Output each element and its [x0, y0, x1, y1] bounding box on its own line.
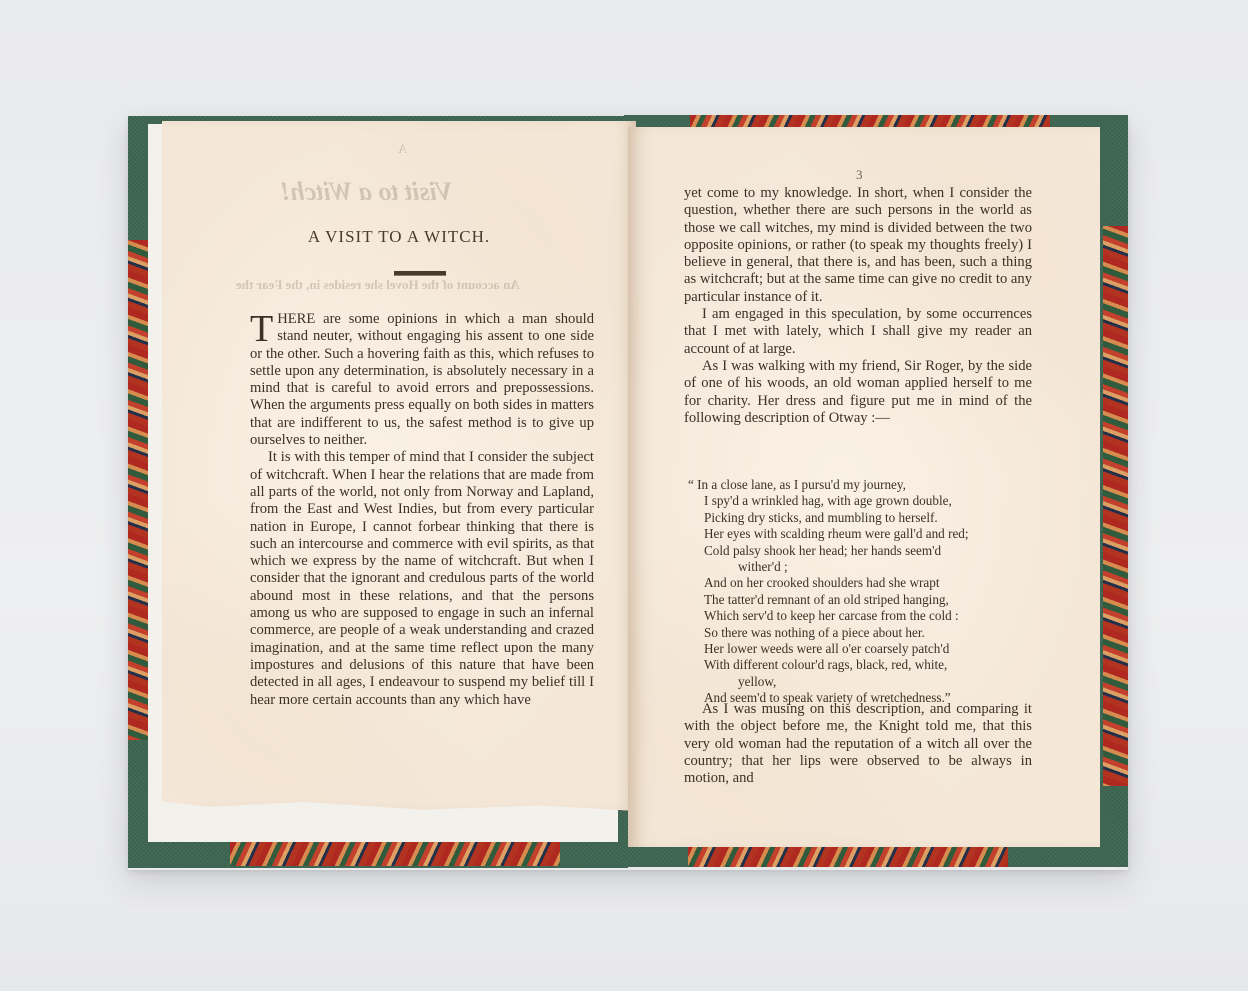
otway-verse: “ In a close lane, as I pursu'd my journ…	[688, 477, 1040, 707]
verse-line: Her lower weeds were all o'er coarsely p…	[688, 641, 1040, 657]
verse-line: yellow,	[688, 674, 1040, 690]
left-page-text: THERE are some opinions in which a man s…	[250, 311, 594, 709]
left-page: A Visit to a Witch! An account of the Ho…	[162, 121, 636, 811]
left-cover-marbled-bottom	[230, 842, 560, 866]
verse-line: The tatter'd remnant of an old striped h…	[688, 592, 1040, 608]
page-number: 3	[856, 167, 863, 183]
right-page: 3 yet come to my knowledge. In short, wh…	[628, 127, 1100, 847]
chapter-title: A VISIT TO A WITCH.	[162, 227, 636, 247]
left-cover-marbled-edge	[128, 240, 148, 740]
paragraph: As I was walking with my friend, Sir Rog…	[684, 358, 1032, 427]
verse-line: wither'd ;	[688, 559, 1040, 575]
title-rule	[394, 271, 446, 276]
paragraph: yet come to my knowledge. In short, when…	[684, 185, 1032, 306]
verse-line: And on her crooked shoulders had she wra…	[688, 575, 1040, 591]
paragraph: THERE are some opinions in which a man s…	[250, 311, 594, 449]
show-through-letter: A	[398, 141, 407, 157]
verse-line: Cold palsy shook her head; her hands see…	[688, 543, 1040, 559]
paragraph: I am engaged in this speculation, by som…	[684, 306, 1032, 358]
verse-line: “ In a close lane, as I pursu'd my journ…	[688, 477, 1040, 493]
verse-line: Picking dry sticks, and mumbling to hers…	[688, 510, 1040, 526]
show-through-title: Visit to a Witch!	[280, 177, 453, 207]
verse-line: I spy'd a wrinkled hag, with age grown d…	[688, 493, 1040, 509]
paragraph: It is with this temper of mind that I co…	[250, 449, 594, 708]
paragraph: As I was musing on this description, and…	[684, 701, 1032, 787]
show-through-subtitle: An account of the Hovel she resides in, …	[236, 277, 520, 293]
right-cover-marbled-top	[690, 115, 1050, 127]
verse-line: Her eyes with scalding rheum were gall'd…	[688, 526, 1040, 542]
verse-line: Which serv'd to keep her carcase from th…	[688, 608, 1040, 624]
verse-line: So there was nothing of a piece about he…	[688, 625, 1040, 641]
drop-cap: T	[250, 313, 273, 345]
right-page-closing-text: As I was musing on this description, and…	[684, 701, 1032, 787]
verse-line: With different colour'd rags, black, red…	[688, 657, 1040, 673]
right-page-text: yet come to my knowledge. In short, when…	[684, 185, 1032, 427]
right-cover-marbled-edge	[1103, 226, 1128, 786]
